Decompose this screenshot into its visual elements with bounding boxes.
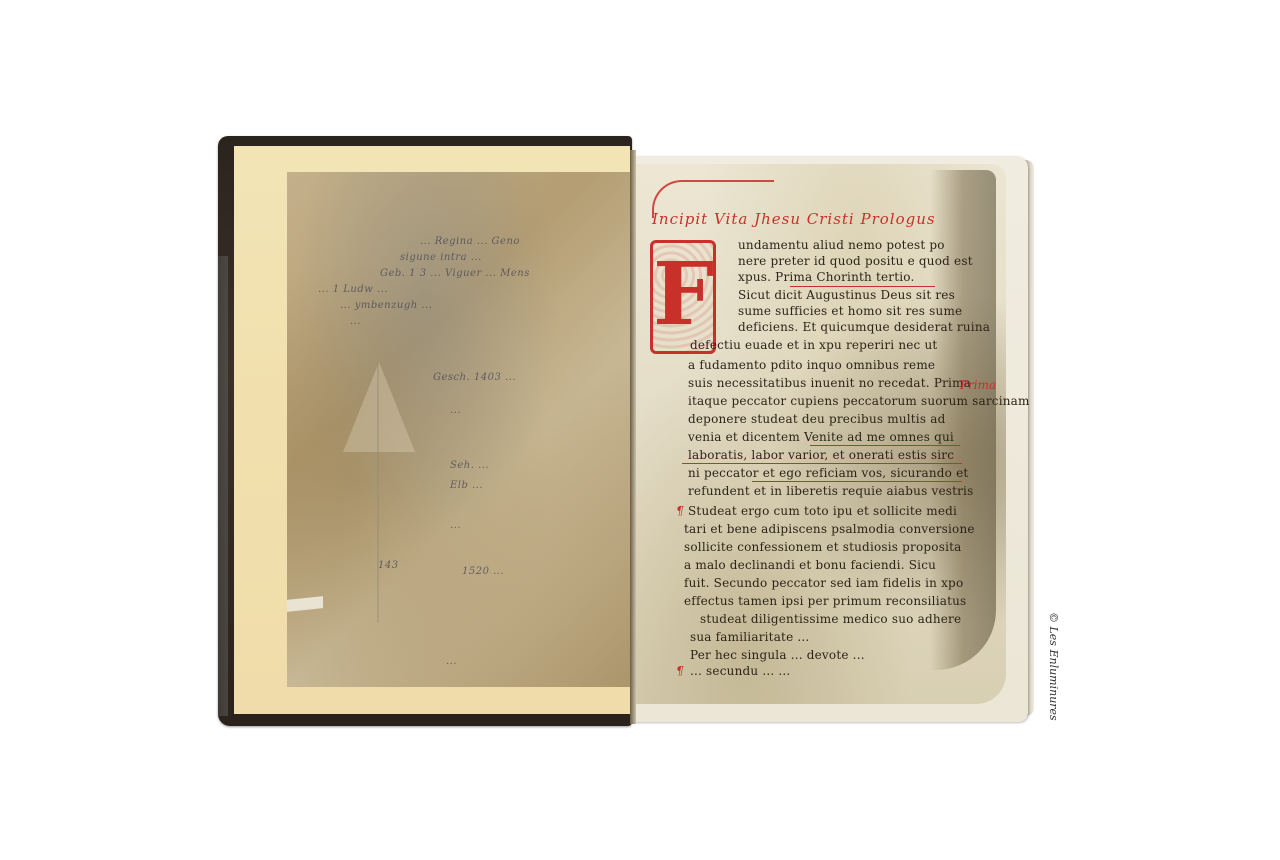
text-line: Sicut dicit Augustinus Deus sit res: [738, 288, 955, 302]
note-line: 1520 ...: [462, 566, 504, 577]
incipit-rubric: Incipit Vita Jhesu Cristi Prologus: [652, 210, 936, 228]
text-line: sua familiaritate ...: [690, 630, 809, 644]
rubric-underline: [752, 481, 962, 482]
note-line: sigune intra ...: [400, 252, 482, 263]
copyright-credit: © Les Enluminures: [1047, 612, 1060, 721]
note-line: ...: [450, 520, 461, 531]
text-line: laboratis, labor varior, et onerati esti…: [688, 448, 954, 462]
text-line: fuit. Secundo peccator sed iam fidelis i…: [684, 576, 963, 590]
note-line: ...: [350, 316, 361, 327]
note-line: ...: [446, 656, 457, 667]
note-line: ... 1 Ludw ...: [318, 284, 388, 295]
manuscript-photo: ... Regina ... Geno sigune intra ... Geb…: [0, 0, 1280, 860]
note-line: Seh. ...: [450, 460, 489, 471]
text-line: Studeat ergo cum toto ipu et sollicite m…: [688, 504, 957, 518]
text-line: deponere studeat deu precibus multis ad: [688, 412, 945, 426]
text-line: sume sufficies et homo sit res sume: [738, 304, 962, 318]
text-line: undamentu aliud nemo potest po: [738, 238, 945, 252]
note-line: 143: [378, 560, 399, 571]
text-line: refundent et in liberetis requie aiabus …: [688, 484, 973, 498]
rubric-underline: [810, 445, 960, 446]
text-line: ... secundu ... ...: [690, 664, 790, 678]
rubric-underline: [790, 286, 935, 287]
text-line: tari et bene adipiscens psalmodia conver…: [684, 522, 975, 536]
note-line: Gesch. 1403 ...: [433, 372, 516, 383]
text-line: xpus. Prima Chorinth tertio.: [738, 270, 915, 284]
text-line: sollicite confessionem et studiosis prop…: [684, 540, 962, 554]
text-line: ni peccator et ego reficiam vos, sicuran…: [688, 466, 968, 480]
text-line: a malo declinandi et bonu faciendi. Sicu: [684, 558, 936, 572]
text-line: a fudamento pdito inquo omnibus reme: [688, 358, 935, 372]
text-line: Per hec singula ... devote ...: [690, 648, 865, 662]
text-line: nere preter id quod positu e quod est: [738, 254, 973, 268]
text-line: studeat diligentissime medico suo adhere: [700, 612, 961, 626]
paragraph-mark: ¶: [676, 504, 684, 518]
gutter: [630, 150, 636, 724]
note-line: ...: [450, 405, 461, 416]
note-line: ... ymbenzugh ...: [340, 300, 432, 311]
decorated-initial: F: [650, 240, 716, 354]
arch-mark: [343, 362, 415, 452]
text-line: venia et dicentem Venite ad me omnes qui: [688, 430, 954, 444]
note-line: Geb. 1 3 ... Viguer ... Mens: [380, 268, 530, 279]
note-line: ... Regina ... Geno: [420, 236, 520, 247]
text-line: itaque peccator cupiens peccatorum suoru…: [688, 394, 1030, 408]
text-line: deficiens. Et quicumque desiderat ruina: [738, 320, 990, 334]
rubric-underline: [682, 463, 962, 464]
paragraph-mark: ¶: [676, 664, 684, 678]
arch-stem: [377, 362, 379, 622]
text-line: effectus tamen ipsi per primum reconsili…: [684, 594, 966, 608]
text-line: suis necessitatibus inuenit no recedat. …: [688, 376, 971, 390]
text-line: defectiu euade et in xpu reperiri nec ut: [690, 338, 937, 352]
margin-rubric: Prima: [960, 378, 996, 392]
note-line: Elb ...: [450, 480, 483, 491]
guard-sheet: [287, 172, 634, 687]
